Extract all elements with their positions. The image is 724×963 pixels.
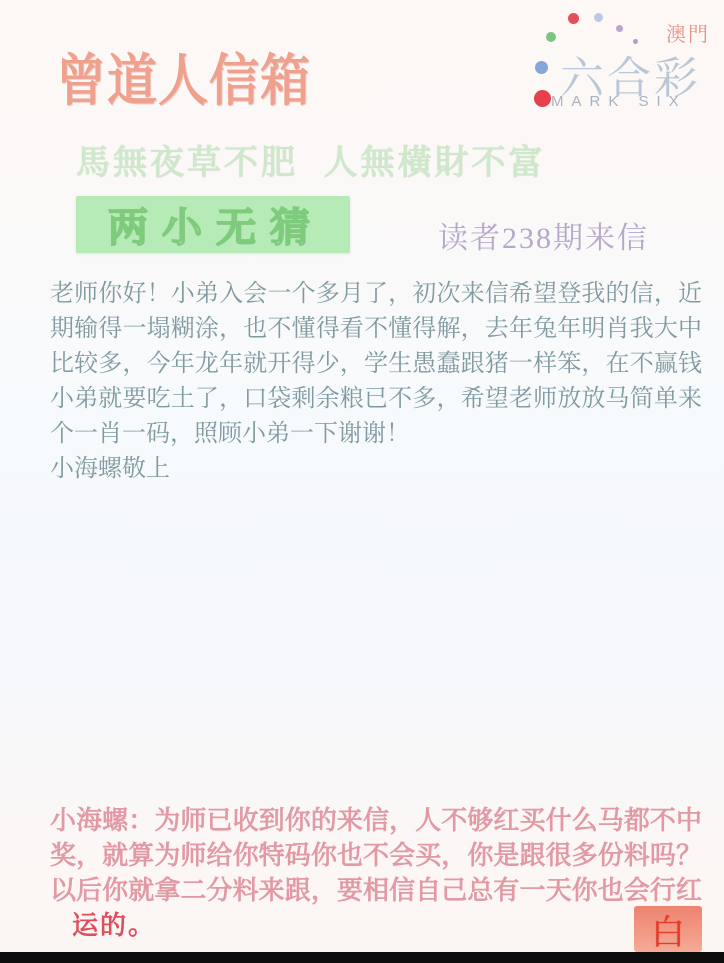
pick-highlight-box: 两小无猜 (76, 196, 350, 253)
pick-label: 两小无猜 (102, 196, 324, 253)
master-reply: 小海螺：为师已收到你的来信，人不够红买什么马都不中 奖，就算为师给你特码你也不会… (50, 803, 702, 943)
logo-dot-blue (535, 61, 548, 74)
logo-dot-purple-tiny (616, 25, 623, 32)
stamp-label: 白 (651, 905, 685, 954)
reply-tail: 运的。 (50, 908, 702, 943)
mark-six-logo: 澳門 六合彩 MARK SIX (530, 8, 720, 118)
letter-line: 个一肖一码，照顾小弟一下谢谢！ (50, 417, 702, 452)
reply-line: 以后你就拿二分料来跟，要相信自己总有一天你也会行红 (50, 873, 702, 908)
logo-subtitle-text: MARK SIX (551, 93, 687, 110)
reader-letter: 老师你好！小弟入会一个多月了，初次来信希望登我的信，近 期输得一塌糊涂，也不懂得… (50, 277, 702, 487)
letter-line: 期输得一塌糊涂，也不懂得看不懂得解，去年兔年明肖我大中 (50, 312, 702, 347)
logo-dot-green (546, 32, 556, 42)
letter-line: 小弟就要吃土了，口袋剩余粮已不多，希望老师放放马简单来 (50, 382, 702, 417)
stamp-box: 白 (634, 906, 702, 952)
letter-line: 老师你好！小弟入会一个多月了，初次来信希望登我的信，近 (50, 277, 702, 312)
logo-dot-red-small (568, 13, 579, 24)
scanned-letter-page: 曾道人信箱 澳門 六合彩 MARK SIX 馬無夜草不肥 人無橫財不富 两小无猜… (0, 0, 724, 963)
logo-dot-red-large (534, 90, 551, 107)
issue-label: 读者238期来信 (438, 213, 649, 257)
bottom-black-bar (0, 952, 724, 963)
letter-signature: 小海螺敬上 (50, 452, 702, 487)
page-title: 曾道人信箱 (56, 36, 311, 117)
reply-line: 奖，就算为师给你特码你也不会买，你是跟很多份料吗？ (50, 838, 702, 873)
reply-line: 小海螺：为师已收到你的来信，人不够红买什么马都不中 (50, 803, 702, 838)
slogan-text: 馬無夜草不肥 人無橫財不富 (76, 135, 546, 184)
letter-line: 比较多，今年龙年就开得少，学生愚蠢跟猪一样笨，在不赢钱 (50, 347, 702, 382)
logo-dot-blue-tiny (594, 13, 603, 22)
